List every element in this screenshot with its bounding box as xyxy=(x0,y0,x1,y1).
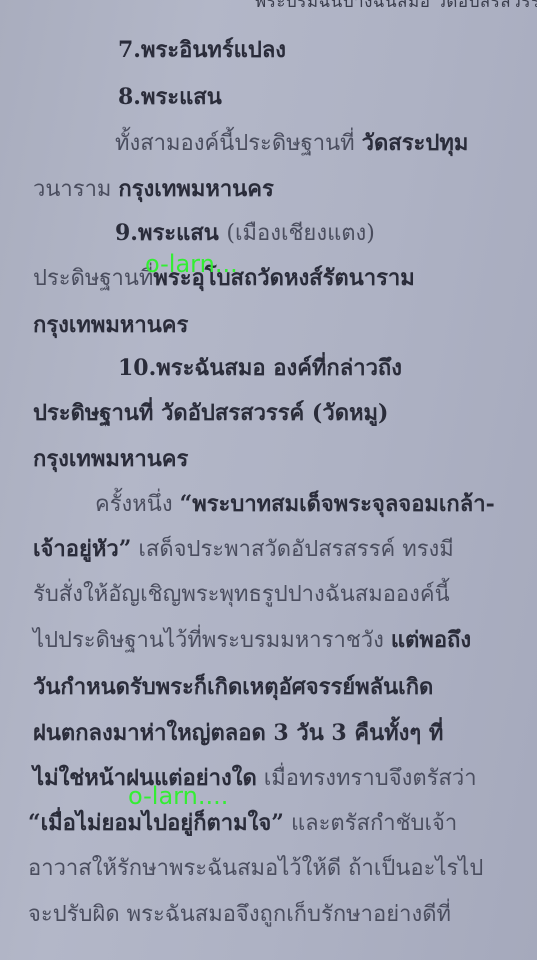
text-line: ครั้งหนึ่ง “พระบาทสมเด็จพระจุลจอมเกล้า- xyxy=(95,489,495,520)
text-line: ทั้งสามองค์นี้ประดิษฐานที่ วัดสระปทุม xyxy=(115,128,468,159)
watermark-text: o-larn.... xyxy=(128,782,228,810)
text-line: ประดิษฐานที่ วัดอัปสรสวรรค์ (วัดหมู) xyxy=(33,398,388,429)
text-line: ไม่ใช่หน้าฝนแต่อย่างใด เมื่อทรงทราบจึงตร… xyxy=(33,763,477,794)
watermark-text: o-larn... xyxy=(145,250,238,278)
text-line: ไปประดิษฐานไว้ที่พระบรมมหาราชวัง แต่พอถึ… xyxy=(33,625,471,656)
text-line: 10.พระฉันสมอ องค์ที่กล่าวถึง xyxy=(118,353,402,384)
running-header: พระบรมฉันปางฉันสมอ วัดอัปสรสวรรค์ xyxy=(255,0,537,15)
book-page: พระบรมฉันปางฉันสมอ วัดอัปสรสวรรค์ 7.พระอ… xyxy=(0,0,537,960)
text-line: กรุงเทพมหานคร xyxy=(33,444,188,475)
text-line: เจ้าอยู่หัว” เสด็จประพาสวัดอัปสรสรรค์ ทร… xyxy=(33,534,454,565)
text-line: จะปรับผิด พระฉันสมอจึงถูกเก็บรักษาอย่างด… xyxy=(28,900,451,930)
text-line: กรุงเทพมหานคร xyxy=(33,310,188,341)
text-line: วนาราม กรุงเทพมหานคร xyxy=(33,174,274,205)
text-line: รับสั่งให้อัญเชิญพระพุทธรูปปางฉันสมอองค์… xyxy=(33,580,450,610)
text-line: “เมื่อไม่ยอมไปอยู่ก็ตามใจ” และตรัสกำชับเ… xyxy=(28,808,457,839)
text-line: 7.พระอินทร์แปลง xyxy=(118,35,286,66)
text-line: วันกำหนดรับพระก็เกิดเหตุอัศจรรย์พลันเกิด xyxy=(33,672,433,703)
text-line: 9.พระแสน (เมืองเชียงแตง) xyxy=(115,218,375,249)
text-line: 8.พระแสน xyxy=(118,82,222,113)
text-line: ฝนตกลงมาห่าใหญ่ตลอด 3 วัน 3 คืนทั้งๆ ที่ xyxy=(33,718,443,749)
text-line: อาวาสให้รักษาพระฉันสมอไว้ให้ดี ถ้าเป็นอะ… xyxy=(28,854,483,884)
